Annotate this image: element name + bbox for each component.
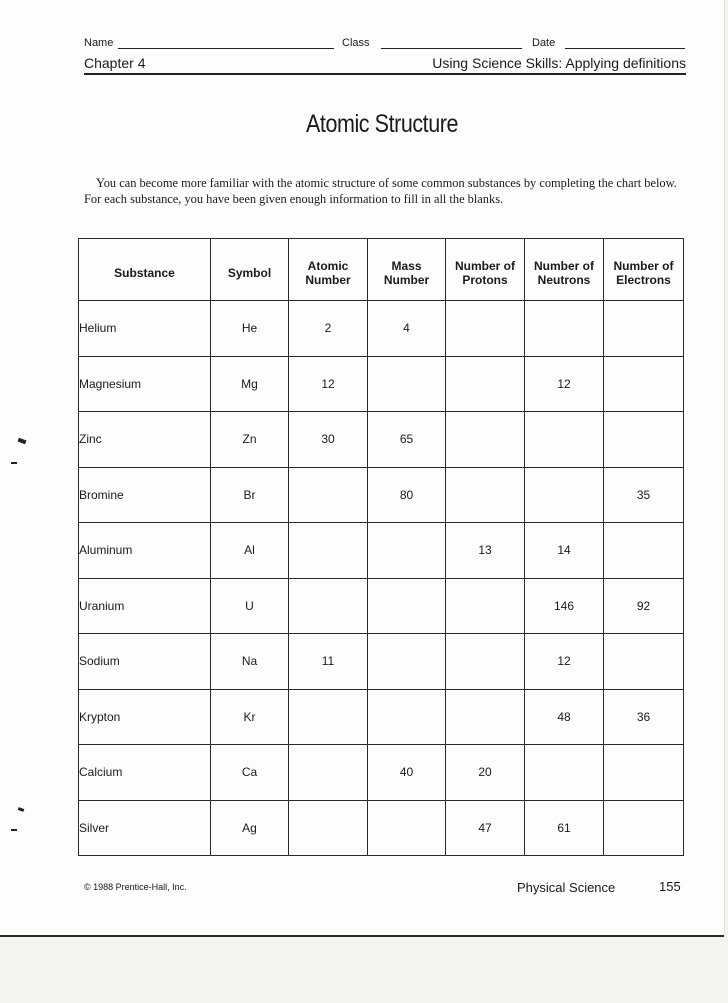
cell-mass-number: 40 [368, 745, 446, 801]
cell-electrons: 92 [604, 578, 684, 634]
date-blank[interactable] [565, 48, 685, 49]
chapter-label: Chapter 4 [84, 55, 145, 71]
cell-symbol: Na [211, 634, 289, 690]
name-label: Name [84, 37, 113, 49]
cell-neutrons: 14 [525, 523, 604, 579]
cell-electrons: 36 [604, 689, 684, 745]
cell-symbol: Ag [211, 800, 289, 856]
cell-substance: Calcium [79, 745, 211, 801]
cell-mass-number[interactable] [368, 800, 446, 856]
cell-protons[interactable] [446, 467, 525, 523]
table-row: UraniumU14692 [79, 578, 684, 634]
cell-electrons[interactable] [604, 745, 684, 801]
cell-electrons[interactable] [604, 634, 684, 690]
cell-electrons[interactable] [604, 412, 684, 468]
page-edge [0, 935, 724, 937]
column-header: Number of Protons [446, 239, 525, 301]
cell-neutrons[interactable] [525, 412, 604, 468]
cell-atomic-number[interactable] [289, 523, 368, 579]
cell-neutrons: 146 [525, 578, 604, 634]
cell-neutrons[interactable] [525, 467, 604, 523]
table-row: ZincZn3065 [79, 412, 684, 468]
cell-electrons[interactable] [604, 301, 684, 357]
column-header: Number of Neutrons [525, 239, 604, 301]
column-header: Atomic Number [289, 239, 368, 301]
scan-mark [18, 807, 25, 812]
table-row: SodiumNa1112 [79, 634, 684, 690]
cell-symbol: Kr [211, 689, 289, 745]
chapter-line: Chapter 4 Using Science Skills: Applying… [84, 54, 686, 74]
cell-mass-number: 4 [368, 301, 446, 357]
scan-mark [11, 829, 17, 831]
skill-title: Using Science Skills: Applying definitio… [432, 55, 686, 71]
column-header: Substance [79, 239, 211, 301]
cell-atomic-number[interactable] [289, 689, 368, 745]
cell-atomic-number: 30 [289, 412, 368, 468]
page-title: Atomic Structure [53, 110, 710, 139]
cell-electrons[interactable] [604, 356, 684, 412]
cell-neutrons: 61 [525, 800, 604, 856]
atomic-structure-table: Substance Symbol Atomic Number Mass Numb… [78, 238, 684, 856]
cell-protons[interactable] [446, 412, 525, 468]
cell-atomic-number[interactable] [289, 578, 368, 634]
cell-atomic-number: 12 [289, 356, 368, 412]
cell-electrons[interactable] [604, 800, 684, 856]
cell-protons[interactable] [446, 356, 525, 412]
table-row: HeliumHe24 [79, 301, 684, 357]
subject-label: Physical Science [517, 880, 615, 895]
table-row: MagnesiumMg1212 [79, 356, 684, 412]
scan-mark [11, 462, 17, 464]
cell-substance: Sodium [79, 634, 211, 690]
cell-substance: Zinc [79, 412, 211, 468]
class-blank[interactable] [381, 48, 522, 49]
cell-symbol: U [211, 578, 289, 634]
cell-atomic-number: 11 [289, 634, 368, 690]
instructions: You can become more familiar with the at… [84, 176, 684, 207]
cell-mass-number: 80 [368, 467, 446, 523]
cell-neutrons: 12 [525, 634, 604, 690]
student-info-line: Name Class Date [84, 37, 684, 51]
worksheet-page: Name Class Date Chapter 4 Using Science … [0, 0, 725, 936]
table-row: KryptonKr4836 [79, 689, 684, 745]
table-row: CalciumCa4020 [79, 745, 684, 801]
cell-electrons: 35 [604, 467, 684, 523]
cell-mass-number[interactable] [368, 523, 446, 579]
cell-symbol: Ca [211, 745, 289, 801]
scan-mark [18, 438, 27, 444]
cell-substance: Helium [79, 301, 211, 357]
cell-atomic-number[interactable] [289, 745, 368, 801]
cell-protons[interactable] [446, 634, 525, 690]
class-label: Class [342, 37, 370, 49]
cell-protons: 13 [446, 523, 525, 579]
cell-symbol: Mg [211, 356, 289, 412]
cell-mass-number[interactable] [368, 356, 446, 412]
date-label: Date [532, 37, 555, 49]
cell-protons[interactable] [446, 578, 525, 634]
cell-protons: 20 [446, 745, 525, 801]
cell-neutrons[interactable] [525, 745, 604, 801]
cell-protons: 47 [446, 800, 525, 856]
table-row: AluminumAl1314 [79, 523, 684, 579]
header-divider [84, 73, 686, 75]
cell-symbol: Al [211, 523, 289, 579]
cell-substance: Aluminum [79, 523, 211, 579]
column-header: Symbol [211, 239, 289, 301]
cell-atomic-number: 2 [289, 301, 368, 357]
table-header-row: Substance Symbol Atomic Number Mass Numb… [79, 239, 684, 301]
cell-substance: Bromine [79, 467, 211, 523]
cell-symbol: Zn [211, 412, 289, 468]
column-header: Number of Electrons [604, 239, 684, 301]
cell-neutrons: 12 [525, 356, 604, 412]
cell-electrons[interactable] [604, 523, 684, 579]
cell-mass-number[interactable] [368, 689, 446, 745]
cell-mass-number[interactable] [368, 634, 446, 690]
column-header: Mass Number [368, 239, 446, 301]
name-blank[interactable] [118, 48, 334, 49]
cell-mass-number: 65 [368, 412, 446, 468]
cell-protons[interactable] [446, 301, 525, 357]
table-row: SilverAg4761 [79, 800, 684, 856]
copyright: © 1988 Prentice-Hall, Inc. [84, 882, 187, 892]
cell-neutrons[interactable] [525, 301, 604, 357]
cell-mass-number[interactable] [368, 578, 446, 634]
cell-symbol: He [211, 301, 289, 357]
cell-symbol: Br [211, 467, 289, 523]
cell-substance: Uranium [79, 578, 211, 634]
table-row: BromineBr8035 [79, 467, 684, 523]
cell-substance: Silver [79, 800, 211, 856]
cell-atomic-number[interactable] [289, 800, 368, 856]
cell-neutrons: 48 [525, 689, 604, 745]
cell-substance: Krypton [79, 689, 211, 745]
cell-substance: Magnesium [79, 356, 211, 412]
cell-protons[interactable] [446, 689, 525, 745]
cell-atomic-number[interactable] [289, 467, 368, 523]
page-number: 155 [659, 879, 681, 894]
